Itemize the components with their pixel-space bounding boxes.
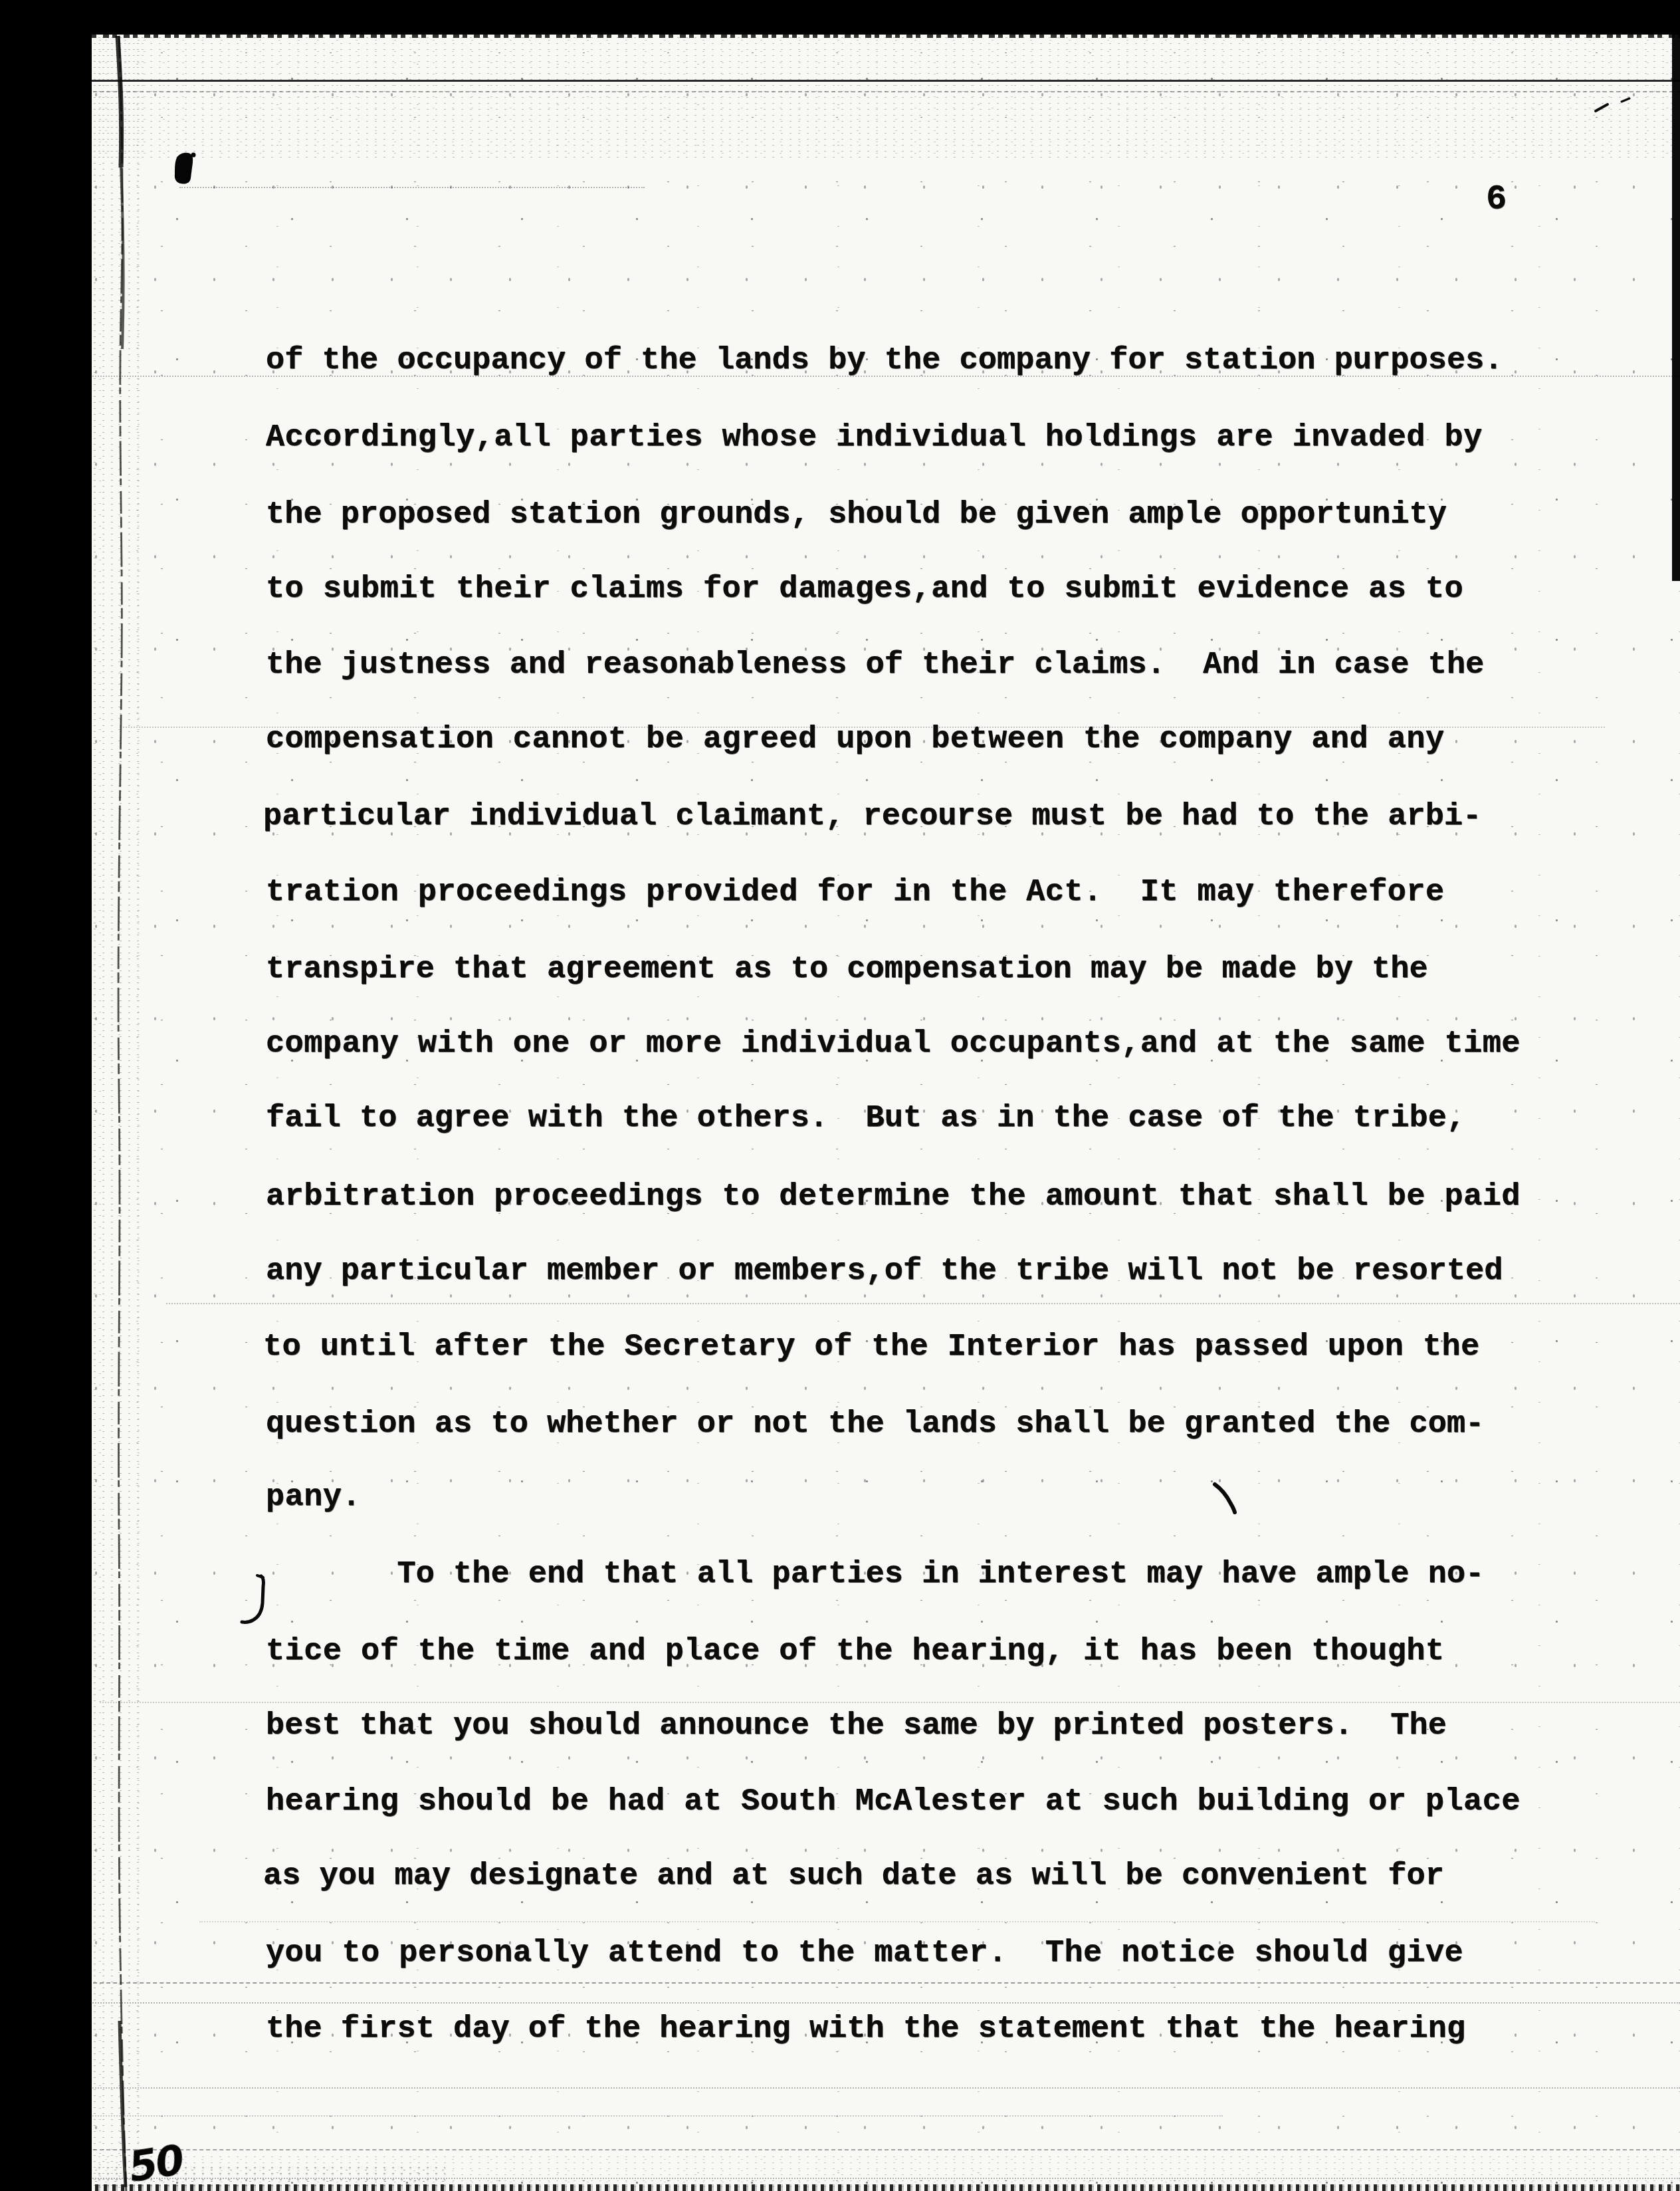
scan-artifact-line (0, 2178, 1680, 2179)
typed-line: to until after the Secretary of the Inte… (263, 1310, 1615, 1385)
paper-crease-line (118, 36, 126, 2191)
typed-line: tration proceedings provided for in the … (266, 855, 1615, 931)
typed-line: compensation cannot be agreed upon betwe… (266, 702, 1615, 778)
typed-text-block: of the occupancy of the lands by the com… (266, 324, 1615, 2067)
typed-line: transpire that agreement as to compensat… (266, 932, 1615, 1008)
typed-line: Accordingly,all parties whose individual… (266, 400, 1615, 476)
ink-blot (175, 153, 196, 184)
typed-line: To the end that all parties in interest … (266, 1537, 1615, 1613)
scan-edge-top-frays (0, 33, 1680, 38)
scanned-document-page: of the occupancy of the lands by the com… (0, 0, 1680, 2191)
typed-line: arbitration proceedings to determine the… (266, 1159, 1615, 1235)
typed-line: any particular member or members,of the … (266, 1234, 1615, 1310)
typed-line: as you may designate and at such date as… (263, 1839, 1615, 1914)
scan-edge-top (0, 0, 1680, 35)
scan-noise-top (0, 35, 1680, 158)
scan-artifact-line (179, 187, 645, 188)
typed-line: pany. (266, 1460, 1615, 1536)
typed-line: the first day of the hearing with the st… (266, 1992, 1615, 2067)
typed-line: tice of the time and place of the hearin… (266, 1614, 1615, 1690)
pen-scratch (1596, 98, 1629, 111)
scan-edge-right (1672, 0, 1680, 581)
page-number: 6 (1486, 179, 1507, 219)
typed-line: the proposed station grounds, should be … (266, 477, 1615, 553)
typed-line: company with one or more individual occu… (266, 1006, 1615, 1082)
typed-line: to submit their claims for damages,and t… (266, 552, 1615, 628)
scan-artifact-line (27, 2115, 1223, 2117)
handwritten-tick-mark (242, 1575, 264, 1622)
typed-line: of the occupancy of the lands by the com… (266, 323, 1615, 399)
typed-line: you to personally attend to the matter. … (266, 1916, 1615, 1992)
scan-edge-left (0, 0, 92, 2191)
scan-artifact-line (56, 80, 1680, 82)
scan-artifact-line (0, 91, 1680, 92)
scan-edge-bottom (0, 2184, 1680, 2191)
handwritten-number-50: 50 (126, 2135, 186, 2191)
typed-line: particular individual claimant, recourse… (263, 779, 1615, 855)
scan-artifact-line (80, 2149, 1680, 2150)
typed-line: best that you should announce the same b… (266, 1688, 1615, 1764)
scan-artifact-line (0, 2087, 1680, 2089)
typed-line: the justness and reasonableness of their… (266, 628, 1615, 703)
scan-noise-left (90, 35, 145, 2191)
typed-line: hearing should be had at South McAlester… (266, 1764, 1615, 1840)
typed-line: question as to whether or not the lands … (266, 1387, 1615, 1462)
typed-line: fail to agree with the others. But as in… (266, 1081, 1615, 1157)
